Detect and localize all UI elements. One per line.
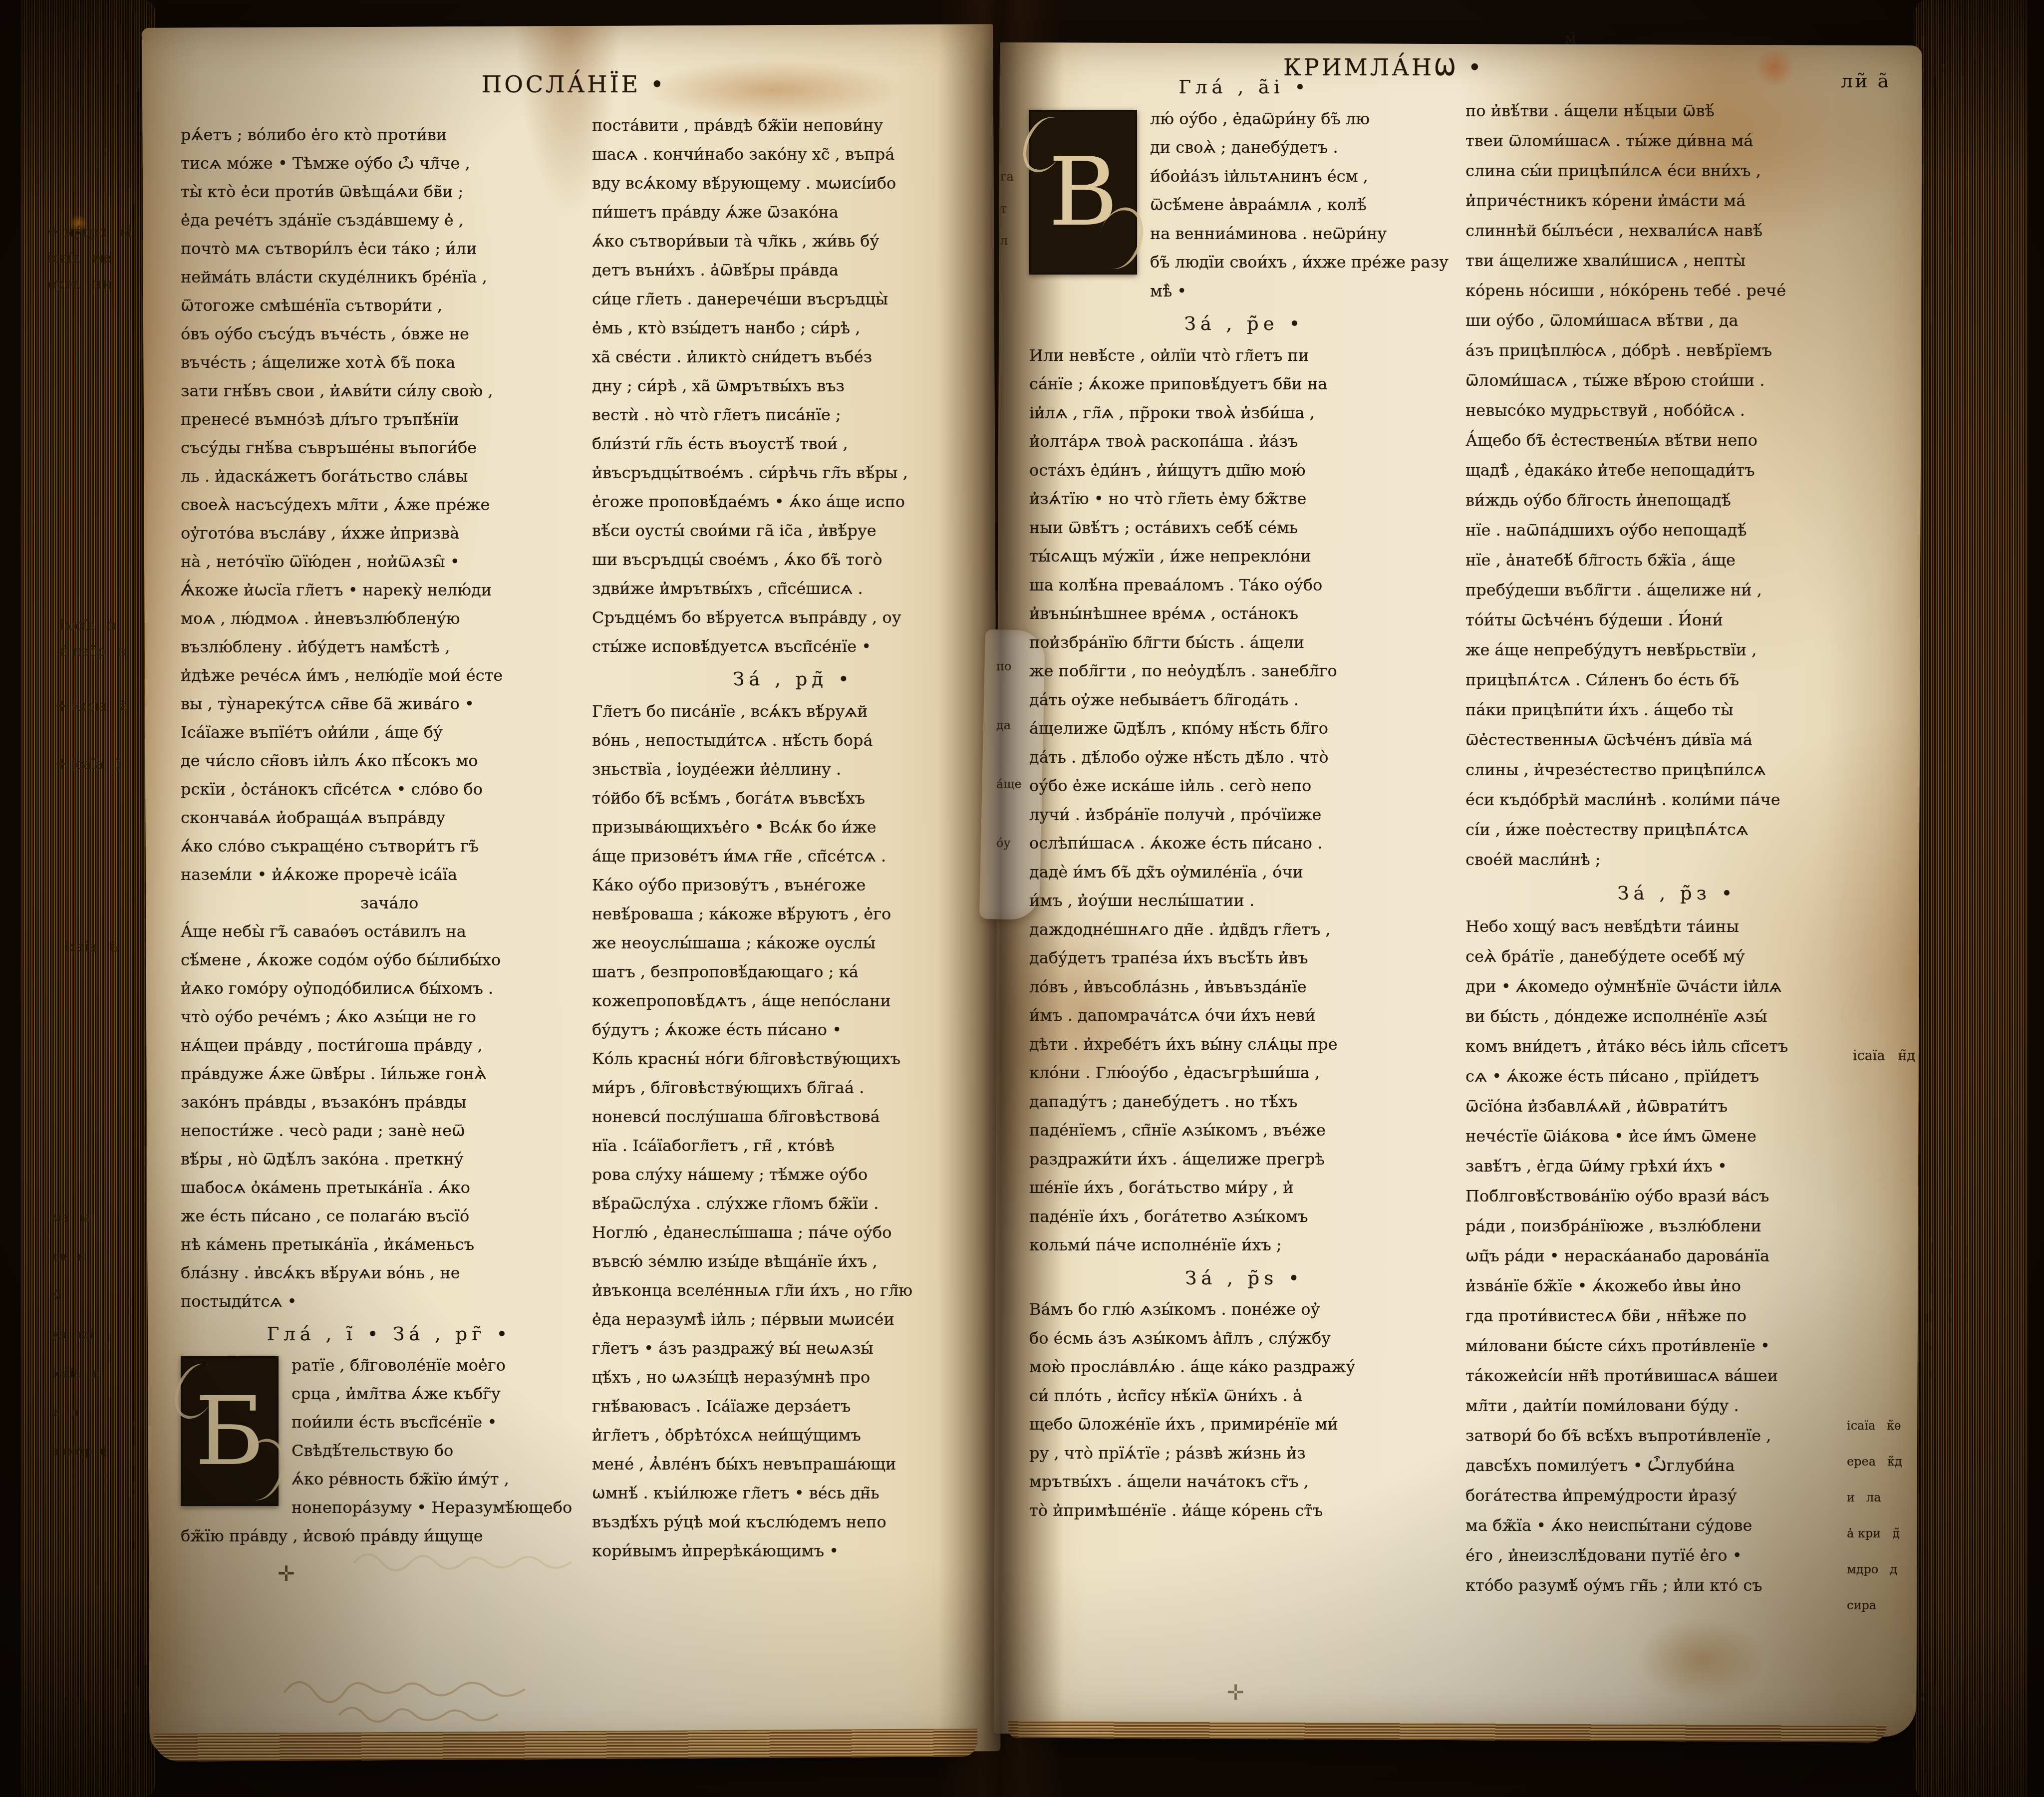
- margin-note: ✛ і̓саїа і̃: [56, 752, 121, 778]
- text-line: дну ; си́рѣ , ха̃ ѿмрътвы́хъ въз: [592, 371, 994, 400]
- margin-note-line: и ла: [1847, 1480, 1902, 1515]
- margin-note: ✛ му́дро еіісаїа меереа ни: [48, 220, 132, 298]
- text-line: пи́шетъ пра́вду ѧ́же ѿзако́на: [592, 198, 994, 227]
- text-line: шатъ , безпроповѣ́дающаго ; ка́: [592, 957, 994, 986]
- text-line: назем́ли • и̓ѧ́коже проречѐ іса́їа: [181, 861, 598, 889]
- text-line: и̓дѣже рече́сѧ и́мъ , нелю́дїе мои́ е́ст…: [181, 661, 598, 690]
- text-line: кожепроповѣ́дѧтъ , а́ще непо́слани: [592, 986, 994, 1015]
- section-heading: Гла́ , і̃ • За́ , рг̃ •: [181, 1316, 598, 1351]
- text-line: си́ пло́ть , и̓сп̃су нѣ́кїѧ ѿни́хъ . а̓: [1029, 1382, 1460, 1411]
- margin-note-line: и д: [52, 1393, 107, 1432]
- margin-note-line: і̓ѡсїа в: [60, 613, 126, 639]
- margin-note-line: га: [1000, 161, 1014, 193]
- text-line: да́ть . дѣ́лобо оу̓же нѣ́сть дѣ́ло . что…: [1029, 743, 1460, 772]
- text-line: ши оу́бо , ѿломи́шасѧ вѣ́тви , да: [1465, 305, 1889, 335]
- text-line: кто́бо разумѣ́ оу́мъ гн̃ь ; и̓ли кто́ съ: [1465, 1570, 1889, 1600]
- text-line: оу̓гото́ва въсла́ву , и́хже и̓призва̀: [181, 519, 598, 548]
- text-line: давсѣ́хъ помилу́етъ • Ѽглуби́на: [1465, 1451, 1889, 1481]
- text-line: А́ще небы̀ гъ̃ савао́ѳъ оста́вилъ на: [181, 917, 598, 946]
- text-line: ви́ждь оу́бо бл̃гость и̓непощадѣ́: [1465, 485, 1889, 515]
- text-line: то́йбо бъ̃ всѣ́мъ , бога́тѧ въвсѣ́хъ: [592, 784, 994, 813]
- running-head-left: ПОСЛА́НЇЕ •: [150, 71, 998, 98]
- text-line: Небо хощу́ васъ невѣ́дѣти та́ины: [1465, 911, 1889, 941]
- text-line: ши въсръдцы́ свое́мъ , ѧ́ко бъ̃ того̀: [592, 545, 994, 574]
- text-line: ѿсїо́на и̓збавлѧ́ѧй , и̓ѿврати́тъ: [1465, 1091, 1889, 1121]
- text-line: ко́рень но́сиши , но́ко́рень тебе́ . реч…: [1465, 276, 1889, 305]
- margin-note-line: ✛ і̓саїа і̃: [56, 752, 121, 778]
- margin-note-line: м̃: [52, 1276, 107, 1315]
- text-line: да́ть оу̓же небыва́етъ бл̃года́ть .: [1029, 686, 1460, 715]
- text-line: бога́тества и̓прему́дрости и̓разу́: [1465, 1481, 1889, 1510]
- text-line: же побл̃гти , по нео̓удѣ́лъ . занебл̃го: [1029, 657, 1460, 686]
- text-line: гда проти́вистесѧ бв̃и , нн̃ѣже по: [1465, 1301, 1889, 1331]
- text-line: сѧ • ѧ́коже е́сть пи́сано , прїи́детъ: [1465, 1061, 1889, 1091]
- text-line: постыди́тсѧ •: [181, 1287, 598, 1316]
- text-line: комъ вни́детъ , и̓та́ко ве́сь іи̓ль сп̃с…: [1465, 1031, 1889, 1061]
- text-line: ты̀ кто̀ е̓си проти́в ѿвѣща́ѧи бв̃и ;: [181, 178, 598, 206]
- text-line: бли́зти́ гл̃ь е́сть въоустѣ́ твои́ ,: [592, 429, 994, 458]
- text-line: шабосѧ о̓ка́мень претыка́нїа . ѧ́ко: [181, 1174, 598, 1202]
- margin-note-line: ісаіа н: [52, 1354, 107, 1393]
- text-line: ты́сѧщъ му́жїи , и́же непрекло́ни: [1029, 542, 1460, 571]
- text-line: Ва́мъ бо глю́ ѧзы́комъ . поне́же оу̓: [1029, 1295, 1460, 1324]
- text-line: ра́ди , поизбра́нїюже , възлю́блени: [1465, 1211, 1889, 1241]
- text-line: бла́зну . и̓всѧ́къ вѣ́руѧи во́нь , не: [181, 1259, 598, 1287]
- margin-note-line: а́ще: [996, 755, 1022, 814]
- margin-note-line: т: [1000, 193, 1014, 225]
- text-line: бу́дутъ ; ѧ́коже е́сть пи́сано •: [592, 1015, 994, 1044]
- text-line: са́нїе ; ѧ́коже приповѣ́дуетъ бв̃и на: [1029, 370, 1460, 399]
- text-column-right-2: по и̓вѣ́тви . а́щели нѣ́цыи ѿвѣ́твеи ѿло…: [1465, 96, 1889, 1600]
- text-line: дри • ѧ́комедо оу̓мнѣ́нїе ѿча́сти іи̓лѧ: [1465, 971, 1889, 1001]
- text-line: въвсю́ зе́млю изы́де вѣща́нїе и́хъ ,: [592, 1247, 994, 1276]
- text-line: поста́вити , пра́вдѣ бж̃їи непови́ну: [592, 111, 994, 140]
- text-line: вы , ту̀нареку́тсѧ сн̃ве ба̃ жива́го •: [181, 690, 598, 718]
- margin-note-line: ісаїа н̃д: [1853, 1043, 1915, 1069]
- text-line: зако́нъ пра́вды , възако́нъ пра́вды: [181, 1088, 598, 1117]
- text-line: почто̀ мѧ сътвори́лъ е̓си та́ко ; и́ли: [181, 235, 598, 263]
- text-line: и̓ѧко гомо́ру оу̓подо́билисѧ бы́хомъ .: [181, 974, 598, 1003]
- text-line: дѣти . и̓хребе́тъ и́хъ вы́ну слѧ́цы пре: [1029, 1030, 1460, 1059]
- text-line: ѡц̃ъ ра́ди • нераска́анабо дарова́нїа: [1465, 1241, 1889, 1271]
- text-line: о́въ оу́бо съсу́дъ въче́сть , о́вже не: [181, 320, 598, 348]
- margin-note: ісаїа к̃ѳереа к̃ди лаа̓ кри д̃мдро дсира: [1847, 1408, 1902, 1623]
- text-line: рова слу́ху на́шему ; тѣ́мже оу́бо: [592, 1160, 994, 1189]
- text-column-left-1: рѧ́етъ ; во́либо е̓го кто̀ проти́витисѧ …: [181, 121, 598, 1550]
- margin-note-line: о́у: [996, 814, 1022, 873]
- text-line: здви́же и̓мрътвы́хъ , сп̃се́шисѧ .: [592, 574, 994, 603]
- text-line: въче́сть ; а́щелиже хотѧ̀ бъ̃ пока: [181, 348, 598, 377]
- section-heading: За́ , рд̃ •: [592, 661, 994, 697]
- margin-note-line: да: [996, 696, 1022, 755]
- margin-note-line: ісаїа к̃ѳ: [1847, 1408, 1902, 1444]
- text-line: а́зъ прицѣплю́сѧ , до́брѣ . невѣ́рїемъ: [1465, 335, 1889, 365]
- text-line: и̓приче́стникъ ко́рени и̓ма́сти ма́: [1465, 186, 1889, 216]
- text-line: е̓да рече́тъ зда́нїе създа́вшему е̓ ,: [181, 206, 598, 235]
- text-line: вѣ́си оусты́ свои́ми га̃ іс̃а , и̓вѣ́руе: [592, 516, 994, 545]
- margin-note-line: л: [1000, 225, 1014, 257]
- text-line: же неоуслы́шаша ; ка́коже оуслы́: [592, 928, 994, 957]
- text-line: ма бж̃їа • ѧ́ко неиспы́тани су́дове: [1465, 1510, 1889, 1540]
- text-line: е́си къдо́брѣй масли́нѣ . коли́ми па́че: [1465, 785, 1889, 815]
- text-line: Сръдце́мъ бо вѣ́руетсѧ въпра́вду , оу: [592, 603, 994, 632]
- bottom-page-edges-left: [154, 1729, 977, 1762]
- text-line: А́щебо бъ̃ е̓стествены́ѧ вѣ́тви непо: [1465, 425, 1889, 455]
- text-line: дабу́детъ трапе́за и́хъ въсѣ́ть и̓въ: [1029, 944, 1460, 973]
- text-line: слины , и̓чрезе́стество прицѣпи́лсѧ: [1465, 755, 1889, 785]
- text-line: въздѣ́хъ ру́цѣ мои́ къслю́демъ непо: [592, 1507, 994, 1536]
- text-line: ѧ́ко сло́во съкраще́но сътвори́тъ гъ̃: [181, 832, 598, 861]
- text-line: сі́и , и́же пое̓стеству прицѣпѧ́тсѧ: [1465, 815, 1889, 845]
- text-line: тви а́щелиже хвали́шисѧ , непты̀: [1465, 246, 1889, 276]
- text-line: и̓зва́нїе бж̃їе • ѧ́кожебо и̓вы и̓но: [1465, 1271, 1889, 1301]
- text-line: мою̀ просла́влѧ́ю . а́ще ка́ко раздражу́: [1029, 1353, 1460, 1382]
- text-line: и̓гл̃етъ , о̓брѣто́хсѧ неи́щу́щимъ: [592, 1421, 994, 1450]
- text-line: Ѧ́коже и̓ѡсїа гл̃етъ • нареку̀ нелю́ди: [181, 576, 598, 604]
- text-line: Іса́їаже въпїе́тъ ои̓и́ли , а́ще бу́: [181, 718, 598, 747]
- text-line: вестѝ . но̀ что̀ гл̃етъ писа́нїе ;: [592, 400, 994, 429]
- text-line: сты́же исповѣ́дуетсѧ въсп̃се́нїе •: [592, 632, 994, 661]
- text-line: ноневси́ послу́шаша бл̃говѣствова́: [592, 1102, 994, 1131]
- text-line: и́мъ . дапомрача́тсѧ о́чи и́хъ неви́: [1029, 1001, 1460, 1030]
- text-line: твеи ѿломи́шасѧ . ты́же ди́вна ма́: [1465, 126, 1889, 156]
- text-line: іи̓лѧ , гл̃ѧ , пр̃роки твоѧ̀ и̓зби́ша ,: [1029, 399, 1460, 428]
- margin-note: гатл: [1000, 161, 1014, 257]
- text-line: ру , что̀ прїѧ́тїе ; ра́звѣ жи́знь и̓з: [1029, 1439, 1460, 1468]
- text-line: нѣ ка́мень претыка́нїа , и̓ка́меньсъ: [181, 1230, 598, 1259]
- section-heading: Гла́ , а̃і •: [1029, 69, 1460, 105]
- text-line: ше́нїе и́хъ , бога́тьство ми́ру , и̓: [1029, 1174, 1460, 1202]
- centered-word: зача́ло: [181, 889, 598, 917]
- text-line: по и̓вѣ́тви . а́щели нѣ́цыи ѿвѣ́: [1465, 96, 1889, 126]
- text-line: свое́й масли́нѣ ;: [1465, 845, 1889, 875]
- text-line: же е́сть пи́сано , се полага́ю въсїо́: [181, 1202, 598, 1230]
- text-line: е̓да неразумѣ̀ іи̓ль ; пе́рвыи мѡисе́и: [592, 1305, 994, 1334]
- text-line: слина сы́и прицѣпи́лсѧ е́си вни́хъ ,: [1465, 156, 1889, 186]
- text-line: слиннѣй бы́лъе́си , нехвали́сѧ навѣ́: [1465, 216, 1889, 246]
- text-line: па́ки прицѣпи́ти и́хъ . а́щебо ты̀: [1465, 695, 1889, 725]
- folio-number: ли̃ а̃: [1841, 70, 1891, 92]
- text-line: пренесе́ въмно́зѣ дл́ъго тръпѣ́нїи: [181, 405, 598, 434]
- text-line: завѣ́тъ , е̓гда ѿи́му грѣхи́ и́хъ •: [1465, 1151, 1889, 1181]
- section-heading: За́ , р̃е •: [1029, 305, 1460, 341]
- text-line: невѣ́роваша ; ка́коже вѣ́руютъ , е̓го: [592, 899, 994, 928]
- text-line: а́щелиже ѿдѣ́лъ , кпо́му нѣ́сть бл̃го: [1029, 714, 1460, 743]
- section-heading: За́ , р̃ѕ •: [1029, 1260, 1460, 1296]
- text-column-right-1: Гла́ , а̃і •Влю́ оу́бо , е̓даѿри́ну бъ̃ …: [1029, 69, 1460, 1525]
- text-line: рѧ́етъ ; во́либо е̓го кто̀ проти́ви: [181, 121, 598, 149]
- text-line: лучи́ . и̓збра́нїе получѝ , про́чїиже: [1029, 801, 1460, 830]
- text-line: нїе , а̓натебѣ́ бл̃гость бж̃їа , а́ще: [1465, 545, 1889, 575]
- text-line: затвори́ бо бъ̃ всѣ́хъ въпроти́вленїе ,: [1465, 1421, 1889, 1451]
- text-line: гл̃етъ • а́зъ раздражу́ вы́ неѡѧзы́: [592, 1334, 994, 1363]
- text-line: дападу́тъ ; данебу́детъ . но тѣ́хъ: [1029, 1088, 1460, 1117]
- margin-note-line: ереа ни: [48, 272, 132, 298]
- text-line: а́ще призове́тъ и́мѧ гн̃е , сп̃се́тсѧ .: [592, 842, 994, 871]
- book-page-edges-right: [1916, 0, 2028, 1797]
- text-line: цѣ́хъ , но ѡѧзы́цѣ неразу́мнѣ про: [592, 1363, 994, 1392]
- text-line: пра́вдуже ѧ́же ѿвѣ́ры . Іи́льже гонѧ̀: [181, 1060, 598, 1088]
- text-line: си́це гл̃еть . данерече́ши въсръдцы̀: [592, 285, 994, 313]
- text-line: вѣ́ры , но̀ ѿдѣ́лъ зако́на . преткну́: [181, 1145, 598, 1174]
- margin-note-line: а̓ пет̃р в: [52, 1432, 107, 1471]
- text-line: ми́ловани бы́сте си́хъ проти́вленїе •: [1465, 1331, 1889, 1361]
- text-line: детъ въни́хъ . а̓ѿвѣ́ры пра́вда: [592, 256, 994, 285]
- margin-note-line: мдро д: [1847, 1551, 1902, 1587]
- woodcut-initial-В: В: [1029, 110, 1137, 275]
- margin-note: подаа́щео́у: [996, 637, 1022, 873]
- text-line: скончава́ѧ и̓обраща́ѧ въпра́вду: [181, 804, 598, 832]
- text-line: гнѣ́ваювасъ . Іса́їаже дерза́етъ: [592, 1392, 994, 1421]
- text-line: е́го , и̓неизслѣ́довани путїе́ е̓го •: [1465, 1540, 1889, 1570]
- text-line: ѡмнѣ́ . къі̓и́люже гл̃етъ • ве́сь дн̃ь: [592, 1479, 994, 1507]
- text-line: ѧ́ко сътвори́выи та̀ чл̃кь , жи́вь бу́: [592, 227, 994, 256]
- text-line: Поб̃лговѣ́ствова́нїю оу́бо врази́ ва́съ: [1465, 1181, 1889, 1211]
- text-column-left-2: поста́вити , пра́вдѣ бж̃їи непови́нушасѧ…: [592, 111, 994, 1565]
- text-line: зньствїа , і̓оуде́ежи и̓е̓ллину .: [592, 755, 994, 784]
- text-line: нїа . Іса́їабогл̃етъ , гн̃ , кто́вѣ: [592, 1131, 994, 1160]
- margin-note-line: ✛ му́дро еі: [48, 220, 132, 246]
- text-line: непости́же . чесо̀ ради ; занѐ неѿ: [181, 1117, 598, 1145]
- text-line: и̓въконца вселе́нныѧ гл̃и и́хъ , но гл̃ю: [592, 1276, 994, 1305]
- text-line: Ка́ко оу́бо призову́тъ , въне́гоже: [592, 871, 994, 899]
- text-line: нѧ́щеи пра́вду , пости́гоша пра́вду ,: [181, 1031, 598, 1060]
- margin-note: і̓ѡсїа ва̓ пет̃р в: [60, 613, 126, 665]
- text-line: щадѣ̀ , е̓дака́ко и̓тебе непощади́тъ: [1465, 455, 1889, 485]
- text-line: бо е́смь а́зъ ѧзы́комъ а̓п̃лъ , слу́жбу: [1029, 1324, 1460, 1353]
- text-line: и̓въсръдцы́твое́мъ . си́рѣчь гл̃ъ вѣ́ры …: [592, 458, 994, 487]
- text-line: паде́нїемъ , сп̃нїе ѧзы́комъ , въе́же: [1029, 1116, 1460, 1145]
- text-line: мл̃ти , даи̓ті́и поми́ловани бу́ду .: [1465, 1391, 1889, 1421]
- text-line: и̓зѧ́тїю • но что̀ гл̃еть е̓му бж̃тве: [1029, 485, 1460, 514]
- text-line: нече́стїе ѿіа́кова • и̓се и́мъ ѿмене: [1465, 1121, 1889, 1151]
- margin-note-line: сира: [1847, 1587, 1902, 1623]
- margin-note-line: ув гзі: [52, 1315, 107, 1354]
- section-heading: За́ , р̃з •: [1465, 875, 1889, 911]
- text-line: ль . и̓даска́жетъ бога́тьство сла́вы: [181, 462, 598, 491]
- text-line: оста́хъ е̓ди́нъ , и̓и́щутъ дш̃ю мою́: [1029, 456, 1460, 485]
- text-line: и́мъ , и̓оу́ши неслы́шатии .: [1029, 887, 1460, 915]
- text-line: мене́ , ѧ̓вле́нъ бы́хъ невъпраша́ющи: [592, 1450, 994, 1479]
- text-line: ѿломи́шасѧ , ты́же вѣ́рою стои́ши .: [1465, 365, 1889, 395]
- text-line: Ко́ль красны́ но́ги бл̃говѣству́ющихъ: [592, 1044, 994, 1073]
- text-line: съсу́ды гнѣ́ва съвръше́ны въпоги́бе: [181, 434, 598, 462]
- text-line: ѿтогоже смѣше́нїа сътвори́ти ,: [181, 292, 598, 320]
- margin-note-line: ма їа: [52, 1198, 107, 1237]
- text-line: моѧ , лю́дмоѧ . и̓невъзлю́блену́ю: [181, 604, 598, 633]
- photograph-of-open-early-printed-book: { "headers": { "left": "ПОСЛА́НЇЕ •", "r…: [0, 0, 2044, 1797]
- text-line: възлю́блену . и̓бу́детъ намѣ́стѣ ,: [181, 633, 598, 661]
- text-line: и̓въны́нѣшнее вре́мѧ , оста́нокъ: [1029, 599, 1460, 628]
- text-line: та́кожеи̓сі́и нн̃ѣ проти́вишасѧ ва́шеи: [1465, 1361, 1889, 1391]
- margin-note-line: ✛ і̓ѡсїа а̃: [56, 694, 128, 720]
- text-line: своеѧ̀ насъсу́дехъ мл̃ти , ѧ́же пре́же: [181, 491, 598, 519]
- text-line: во́нь , непостыди́тсѧ . нѣ́сть бора́: [592, 726, 994, 755]
- margin-note: ма їалв им̃ув гзіісаіа ни да̓ пет̃р в: [52, 1198, 107, 1471]
- text-line: то̀ и̓примѣше́нїе . и̓а́ще ко́рень ст̃ъ: [1029, 1497, 1460, 1525]
- text-line: невысо́ко мудрьствуй , нобо́йсѧ .: [1465, 395, 1889, 425]
- text-line: пребу́деши въбл̃гти . а́щелиже ни́ ,: [1465, 575, 1889, 605]
- margin-note-line: і̓саіа а̃: [65, 934, 118, 960]
- text-line: то́и́ты ѿсѣче́нъ бу́деши . И́они́: [1465, 605, 1889, 635]
- margin-note-line: по: [996, 637, 1022, 696]
- text-line: даждодне́шнѧго дн̃е . и̓дв̃дъ гл̃етъ ,: [1029, 915, 1460, 944]
- text-line: е̓мь , кто̀ взы́детъ нанб̃о ; си́рѣ ,: [592, 313, 994, 342]
- running-head-superscript: м̃: [1565, 30, 1576, 47]
- margin-note-line: а̓ кри д̃: [1847, 1515, 1902, 1551]
- text-line: вѣ́раѿслу́ха . слу́хже гл̃омъ бж̃їи .: [592, 1189, 994, 1218]
- margin-note-line: ісаїа ме: [48, 246, 132, 272]
- text-line: тисѧ мо́же • Тѣмже оу́бо ѽ чл̃че ,: [181, 149, 598, 178]
- text-line: ми́ръ , бл̃говѣству́ющихъ бл̃гаа́ .: [592, 1073, 994, 1102]
- margin-note: ісаїа н̃д: [1853, 1043, 1915, 1069]
- text-line: ша колѣ́на преваа́ломъ . Та́ко оу́бо: [1029, 571, 1460, 600]
- ink-cross-mark: ✛: [1227, 1680, 1244, 1705]
- margin-note-line: лв и: [52, 1237, 107, 1276]
- text-line: вду всѧ́кому вѣ́рующему . мѡисі́ибо: [592, 169, 994, 198]
- text-line: рскїи , о̓ста́нокъ сп̃се́тсѧ • сло́во бо: [181, 775, 598, 804]
- text-line: дадѐ и́мъ бъ̃ дх̃ъ оу̓миле́нїа , о́чи: [1029, 858, 1460, 887]
- text-line: ло́въ , и̓въсобла́знь , и̓въвъзда́нїе: [1029, 973, 1460, 1002]
- text-line: паде́нїе и́хъ , бога́тетво ѧзы́комъ: [1029, 1202, 1460, 1231]
- text-line: Или невѣ́сте , ои̓лїи что̀ гл̃етъ пи: [1029, 341, 1460, 370]
- woodcut-initial-Б: Б: [181, 1356, 279, 1506]
- text-line: мрътвы́хъ . а́щели нача́токъ ст̃ъ ,: [1029, 1468, 1460, 1497]
- text-line: призыва́ющихъе̓го • Всѧ́к бо и́же: [592, 813, 994, 842]
- text-line: щебо ѿложе́нїе и́хъ , примире́нїе ми́: [1029, 1410, 1460, 1439]
- text-line: раздражи́ти и́хъ . а́щелиже прегрѣ: [1029, 1145, 1460, 1174]
- text-line: мѣ̀ •: [1029, 277, 1460, 306]
- text-line: на̀ , нето́чїю ѿїю́ден , нои̓ѿѧзы̑ •: [181, 548, 598, 576]
- text-line: сеѧ̀ бра́тїе , данебу́дете осебѣ́ му́: [1465, 941, 1889, 971]
- margin-note: ✛ і̓ѡсїа а̃: [56, 694, 128, 720]
- text-line: кло́ни . Глю́оу́бо , е̓дасъгрѣши́ша ,: [1029, 1059, 1460, 1088]
- text-line: Гл̃етъ бо писа́нїе , всѧ́къ вѣ́руѧй: [592, 697, 994, 726]
- text-line: е̓гоже проповѣ́дае́мъ • ѧ́ко а́ще испо: [592, 487, 994, 516]
- text-line: ослѣпи́шасѧ . ѧ́коже е́сть пи́сано .: [1029, 829, 1460, 858]
- text-line: оу́бо е̓же иска́ше іи̓ль . сего̀ непо: [1029, 772, 1460, 801]
- text-line: ха̃ све́сти . и̓ликто̀ сни́детъ въбе́з: [592, 342, 994, 371]
- text-line: ви бы́сть , до́ндеже исполне́нїе ѧзы́: [1465, 1001, 1889, 1031]
- ink-cross-mark: ✛: [278, 1561, 295, 1586]
- text-line: сѣ́мене , ѧ́коже содо́м оу́бо бы́либы́хо: [181, 946, 598, 974]
- text-line: де чи́сло сн̃овъ іи̓лъ ѧ́ко пѣ́сокъ мо: [181, 747, 598, 775]
- text-line: и̓олта́рѧ твоѧ̀ раскопа́ша . и̓а́зъ: [1029, 427, 1460, 456]
- text-line: ѿе̓стественныѧ ѿсѣче́нъ ди́вїа ма́: [1465, 725, 1889, 755]
- text-line: прицѣпѧ́тсѧ . Си́ленъ бо е́сть бъ̃: [1465, 665, 1889, 695]
- text-line: нейма́ть вла́сти скуде́лникъ бре́нїа ,: [181, 263, 598, 292]
- text-line: кольми́ па́че исполне́нїе и́хъ ;: [1029, 1231, 1460, 1260]
- text-line: что̀ оу́бо рече́мъ ; ѧ́ко ѧзы́ци не го: [181, 1003, 598, 1031]
- margin-note-line: ереа к̃д: [1847, 1444, 1902, 1480]
- text-line: же а́ще непребу́дутъ невѣ́рьствїи ,: [1465, 635, 1889, 665]
- text-line: Ноглю́ , е̓данеслы́шаша ; па́че оу́бо: [592, 1218, 994, 1247]
- text-line: зати гнѣ́въ свои , и̓ѧви́ти си́лу свою̀ …: [181, 377, 598, 405]
- margin-note: і̓саіа а̃: [65, 934, 118, 960]
- text-line: шасѧ . кончи́набо зако́ну хс̃ , въпра́: [592, 140, 994, 169]
- text-line: кори́вымъ и̓прерѣка́ющимъ •: [592, 1536, 994, 1565]
- text-line: ныи ѿвѣ́тъ ; оста́вихъ себѣ́ се́мь: [1029, 514, 1460, 543]
- text-line: бж̃їю пра́вду , и̓свою́ пра́вду и́щуще: [181, 1522, 598, 1550]
- margin-note-line: а̓ пет̃р в: [60, 639, 126, 665]
- text-line: нїе . наѿпа́дшихъ оу́бо непощадѣ́: [1465, 515, 1889, 545]
- text-line: пои̓збра́нїю бл̃гти бы́сть . а́щели: [1029, 628, 1460, 657]
